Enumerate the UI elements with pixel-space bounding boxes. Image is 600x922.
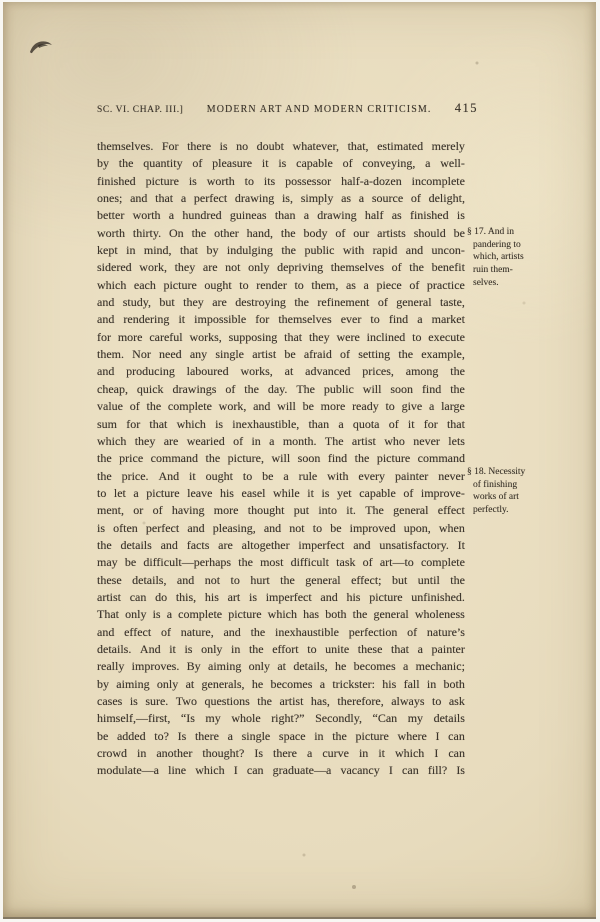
word: is [249, 590, 257, 605]
word: single [242, 729, 271, 744]
body-text-line: valueofthecompletework,andwillbemoreread… [97, 399, 465, 416]
word: complete [178, 607, 222, 622]
word: sidered [97, 260, 132, 275]
word: find [389, 312, 408, 327]
word: the [97, 451, 112, 466]
word: which [268, 607, 297, 622]
word: he [252, 677, 263, 692]
word: to [231, 573, 240, 588]
word: impossible [194, 312, 246, 327]
word: be [97, 729, 108, 744]
word: artist [252, 347, 276, 362]
word: and [253, 399, 270, 414]
word: inexhaustible, [232, 417, 299, 432]
word: to [294, 278, 303, 293]
body-text-line: byaimingonlyatgenerals,hebecomesatrickst… [97, 677, 465, 694]
word: On [169, 226, 184, 241]
word: rule [299, 469, 318, 484]
word: effect; [351, 573, 381, 588]
word: facts [187, 538, 210, 553]
word: “Is [181, 711, 195, 726]
word: aiming [116, 677, 149, 692]
word: a [403, 659, 408, 674]
word: its [264, 174, 275, 189]
word: which [97, 278, 126, 293]
word: laboured [187, 364, 229, 379]
word: can [130, 590, 147, 605]
word: and [406, 243, 423, 258]
word: to [245, 174, 254, 189]
book-page: SC. VI. CHAP. III.] MODERN ART AND MODER… [3, 2, 596, 919]
word: piece [376, 278, 401, 293]
word: it [169, 642, 176, 657]
word: command [151, 451, 198, 466]
word: render [256, 278, 287, 293]
word: becomes [354, 659, 396, 674]
word: artist [279, 694, 303, 709]
word: effect [124, 625, 151, 640]
word: his [346, 590, 360, 605]
word: the [97, 538, 112, 553]
word: every [358, 469, 385, 484]
word: be [125, 555, 136, 570]
word: And [140, 642, 161, 657]
body-text-line: reallyimproves.Byaimingonlyatdetails,heb… [97, 659, 465, 676]
word: large [441, 399, 465, 414]
word: by [97, 677, 109, 692]
word: no [236, 139, 248, 154]
word: better [97, 208, 124, 223]
word: and [97, 295, 114, 310]
word: general [373, 607, 408, 622]
word: can [448, 746, 465, 761]
word: whatever, [293, 139, 340, 154]
word: when [439, 521, 465, 536]
word: quantity [143, 156, 182, 171]
word: these [97, 573, 122, 588]
word: picture [146, 174, 179, 189]
word: command [418, 451, 465, 466]
word: delight, [429, 191, 465, 206]
word: more [321, 399, 346, 414]
word: practice [427, 278, 465, 293]
word: themselves [278, 312, 331, 327]
word: find [328, 451, 347, 466]
word: source [372, 191, 403, 206]
page-number: 415 [455, 101, 478, 116]
word: art—to [380, 555, 414, 570]
word: execute [428, 330, 465, 345]
word: quota [353, 417, 380, 432]
word: not [289, 521, 304, 536]
word: finished [410, 208, 449, 223]
word: hurt [250, 573, 269, 588]
word: works, [189, 330, 221, 345]
body-text-line: andeffectofnature,andtheinexhaustibleper… [97, 625, 465, 642]
body-text-line: betterworthahundredguineasthanadrawingha… [97, 208, 465, 225]
word: The [296, 382, 315, 397]
word: be [330, 521, 341, 536]
word: and [161, 538, 178, 553]
body-text-line: whicheachpictureoughttorendertothem,asap… [97, 278, 465, 295]
word: any [190, 347, 207, 362]
word: cases [97, 694, 122, 709]
word: pleasing, [213, 521, 256, 536]
word: themselves [331, 260, 384, 275]
word: ones; [97, 191, 122, 206]
margin-note-line: selves. [467, 277, 559, 290]
word: that [391, 642, 409, 657]
word: aiming [208, 659, 241, 674]
word: price [119, 451, 143, 466]
word: perfection [349, 625, 398, 640]
word: of [403, 486, 413, 501]
word: only [248, 260, 269, 275]
word: of [389, 417, 399, 432]
body-text-line: ment,orofhavingmorethoughtputintoit.Theg… [97, 503, 465, 520]
word: Nor [132, 347, 151, 362]
word: is [220, 139, 228, 154]
word: drawing [317, 208, 356, 223]
word: details [434, 711, 465, 726]
word: put [294, 503, 309, 518]
word: well- [440, 156, 465, 171]
word: pleasure [212, 156, 252, 171]
word: and [353, 538, 370, 553]
word: drawing [235, 191, 274, 206]
word: can [402, 763, 419, 778]
word: value [97, 399, 123, 414]
word: cheap, [97, 382, 128, 397]
word: difficult—perhaps [143, 555, 231, 570]
word: of [161, 625, 171, 640]
word: is [457, 208, 465, 223]
word: the [294, 295, 309, 310]
word: picture [356, 729, 389, 744]
word: or [133, 503, 143, 518]
word: these [358, 642, 383, 657]
body-text-line: formorecarefulworks,supposingthattheywer… [97, 330, 465, 347]
word: incomplete [412, 174, 465, 189]
word: often [113, 521, 138, 536]
body-text-line: Thatonlyisacompletepicturewhichhasbothth… [97, 607, 465, 624]
word: taste, [440, 295, 465, 310]
word: to [97, 486, 106, 501]
word: the [450, 382, 465, 397]
word: public [304, 243, 334, 258]
word: producing [126, 364, 175, 379]
word: the [147, 399, 162, 414]
word: the [450, 573, 465, 588]
word: ought [206, 469, 233, 484]
word: works, [240, 364, 272, 379]
word: most [260, 555, 283, 570]
word: I [436, 729, 440, 744]
word: crowd [97, 746, 127, 761]
word: the [355, 451, 370, 466]
word: they [135, 434, 156, 449]
body-text-line: them.Norneedanysingleartistbeafraidofset… [97, 347, 465, 364]
word: ment, [97, 503, 124, 518]
word: in [314, 729, 323, 744]
word: Secondly, [315, 711, 362, 726]
word: lets [448, 434, 465, 449]
word: at [277, 659, 286, 674]
word: more [118, 330, 143, 345]
word: among [406, 364, 439, 379]
word: single [215, 347, 244, 362]
word: I [434, 746, 438, 761]
body-text-line: sumforthatwhichisinexhaustible,thanaquot… [97, 417, 465, 434]
word: nature, [181, 625, 214, 640]
word: the [398, 347, 413, 362]
word: and [223, 625, 240, 640]
word: generals, [202, 677, 245, 692]
word: a [320, 677, 325, 692]
word: improves. [132, 659, 180, 674]
word: therefore, [337, 694, 383, 709]
word: I [234, 763, 238, 778]
word: of [378, 295, 388, 310]
word: and [97, 625, 114, 640]
word: they [183, 295, 204, 310]
word: prices, [362, 364, 394, 379]
word: only [157, 677, 178, 692]
word: were [336, 330, 359, 345]
word: the [244, 382, 259, 397]
word: picture [369, 590, 402, 605]
word: in [251, 434, 260, 449]
word: the [450, 364, 465, 379]
word: picture [146, 486, 179, 501]
word: of [392, 260, 402, 275]
word: to [432, 694, 441, 709]
body-text-line: himself,—first,“Ismywholeright?”Secondly… [97, 711, 465, 728]
word: work, [139, 260, 167, 275]
word: effect [438, 503, 465, 518]
word: and [97, 312, 114, 327]
word: it. [346, 503, 356, 518]
word: yet [337, 486, 352, 501]
word: wearied [187, 434, 225, 449]
word: the [205, 451, 220, 466]
word: hand, [247, 226, 273, 241]
word: there [195, 729, 219, 744]
word: fill? [428, 763, 447, 778]
word: it [307, 486, 314, 501]
word: guineas [230, 208, 267, 223]
word: doubt [257, 139, 284, 154]
word: picture, [228, 451, 264, 466]
body-text-line: worththirty.Ontheotherhand,thebodyofoura… [97, 226, 465, 243]
margin-note-line: which, artists [467, 251, 559, 264]
word: never [413, 434, 440, 449]
word: to [370, 312, 379, 327]
word: which [195, 763, 224, 778]
word: to [243, 469, 252, 484]
body-text-line: cheap,quickdrawingsoftheday.Thepublicwil… [97, 382, 465, 399]
word: painter [432, 642, 465, 657]
word: complete [168, 399, 212, 414]
word: upon, [404, 521, 431, 536]
word: while [273, 486, 300, 501]
word: kept [97, 243, 118, 258]
word: thirty. [133, 226, 161, 241]
word: is [189, 174, 197, 189]
word: my [205, 711, 220, 726]
word: a [429, 399, 434, 414]
word: not [225, 260, 240, 275]
word: never [438, 469, 465, 484]
word: supposing [229, 330, 278, 345]
word: them. [97, 347, 124, 362]
word: of [335, 226, 345, 241]
word: for [126, 417, 140, 432]
word: picture [228, 607, 261, 622]
word: perfect [146, 521, 179, 536]
word: The [365, 503, 384, 518]
word: month. [283, 434, 317, 449]
word: general [305, 573, 340, 588]
word: That [97, 607, 119, 622]
word: it [378, 746, 385, 761]
word: a [228, 729, 233, 744]
word: imperfect [266, 590, 312, 605]
word: where [398, 729, 427, 744]
page-header: SC. VI. CHAP. III.] MODERN ART AND MODER… [97, 101, 478, 116]
word: is [278, 156, 286, 171]
word: that, [348, 139, 369, 154]
word: be [454, 226, 465, 241]
word: altogether [242, 538, 290, 553]
word: that [180, 243, 198, 258]
word: price. [122, 469, 149, 484]
word: than [308, 417, 329, 432]
word: worth [97, 226, 125, 241]
word: a [304, 208, 309, 223]
word: improved [350, 521, 396, 536]
word: at [285, 364, 294, 379]
word: is [215, 417, 223, 432]
word: details. [97, 642, 131, 657]
word: that [447, 417, 465, 432]
word: both [444, 677, 465, 692]
word: possessor [285, 174, 331, 189]
word: should [414, 226, 446, 241]
word: a [133, 486, 138, 501]
word: a [364, 278, 369, 293]
word: other [214, 226, 239, 241]
word: has, [311, 694, 330, 709]
margin-note-line: works of art [467, 491, 559, 504]
word: of [409, 278, 419, 293]
word: his [220, 486, 234, 501]
word: is [184, 642, 192, 657]
word: than [275, 208, 296, 223]
body-text-line: beaddedto?Isthereasinglespaceinthepictur… [97, 729, 465, 746]
word: half [365, 208, 384, 223]
body-text-line: maybedifficult—perhapsthemostdifficultta… [97, 555, 465, 572]
word: more [214, 503, 239, 518]
word: of [233, 434, 243, 449]
word: only [249, 659, 270, 674]
body-text-line: crowdinanotherthought?Isthereacurveinitw… [97, 746, 465, 763]
word: body [303, 226, 327, 241]
word: whole [231, 711, 260, 726]
word: advanced [305, 364, 350, 379]
margin-note-section-17: § 17. And inpandering towhich, artistsru… [467, 226, 559, 290]
word: by [206, 243, 218, 258]
word: benefit [432, 260, 465, 275]
word: in [126, 243, 135, 258]
word: for [255, 312, 269, 327]
word: do [155, 590, 167, 605]
word: the [332, 729, 347, 744]
word: perfect [194, 191, 227, 206]
word: but [392, 573, 407, 588]
word: for [424, 417, 438, 432]
body-text-line: whichtheyareweariedofinamonth.Theartistw… [97, 434, 465, 451]
word: It [458, 538, 465, 553]
word: that [155, 191, 173, 206]
word: thought [248, 503, 285, 518]
word: picture [163, 278, 196, 293]
word: they [175, 260, 196, 275]
word: indulging [227, 243, 273, 258]
word: will [363, 382, 382, 397]
word: curve [322, 746, 349, 761]
word: mechanic; [416, 659, 465, 674]
word: of [340, 347, 350, 362]
word: ever [341, 312, 362, 327]
word: inexhaustible [275, 625, 339, 640]
margin-note-line: § 17. And in [467, 226, 559, 239]
word: graduate—a [273, 763, 332, 778]
word: general [396, 295, 431, 310]
word: art [228, 590, 241, 605]
word: and [187, 521, 204, 536]
word: of [225, 382, 235, 397]
word: to [239, 278, 248, 293]
word: merely [432, 139, 465, 154]
word: of [153, 503, 163, 518]
margin-note-line: perfectly. [467, 504, 559, 517]
body-text-line: toletapictureleavehiseaselwhileitisyetca… [97, 486, 465, 503]
word: nature’s [427, 625, 465, 640]
word: setting [358, 347, 390, 362]
word: as [346, 278, 356, 293]
word: public [324, 382, 354, 397]
word: unsatisfactory. [379, 538, 449, 553]
word: capable [359, 486, 396, 501]
word: it [178, 312, 185, 327]
word: may [97, 555, 118, 570]
header-running-title: MODERN ART AND MODERN CRITICISM. [207, 104, 432, 115]
word: give [402, 399, 423, 414]
word: the [353, 607, 368, 622]
word: the [249, 642, 264, 657]
word: work, [219, 399, 247, 414]
word: to [412, 330, 421, 345]
word: By [187, 659, 201, 674]
word: becomes [270, 677, 312, 692]
word: my [408, 711, 423, 726]
word: worth [207, 174, 235, 189]
word: need [159, 347, 182, 362]
word: of [411, 191, 421, 206]
body-text-line: andstudy,buttheyaredestroyingtherefineme… [97, 295, 465, 312]
word: in [427, 677, 436, 692]
